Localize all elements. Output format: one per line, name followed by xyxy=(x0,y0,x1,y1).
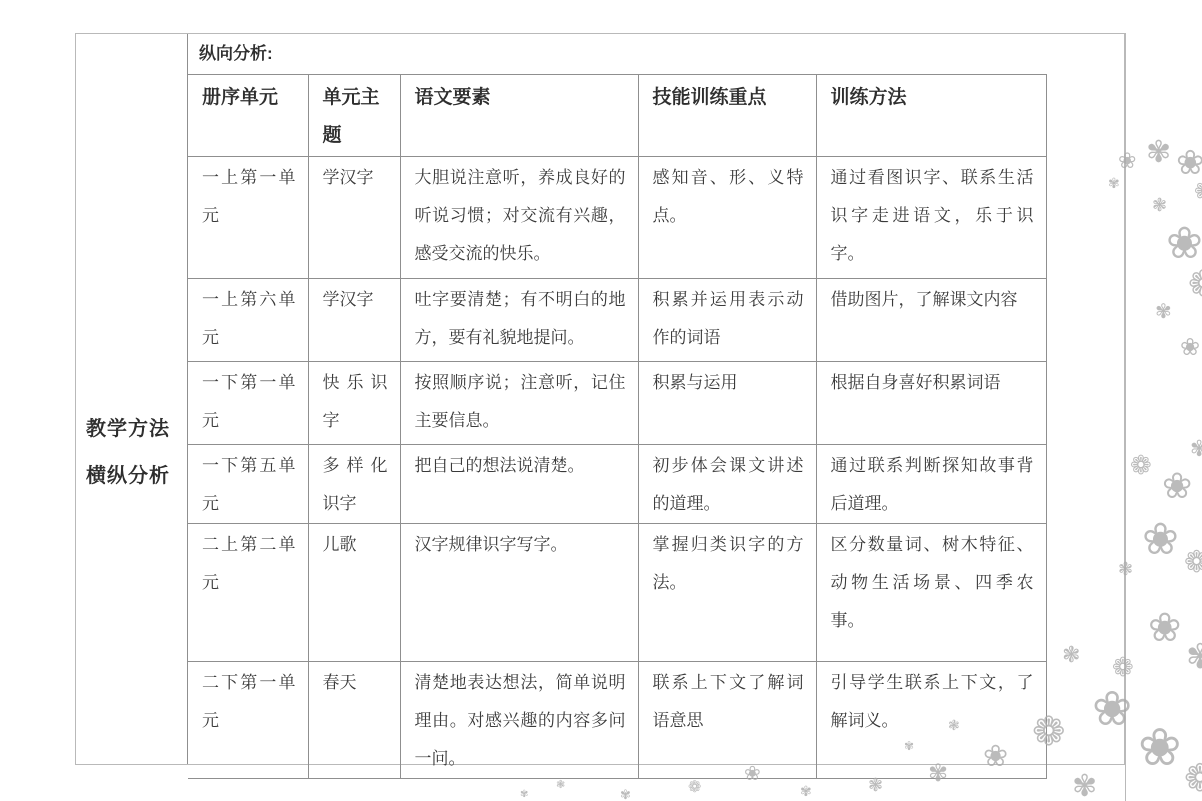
table-cell: 多样化识字 xyxy=(308,445,400,524)
flower-icon: ✾ xyxy=(1186,640,1202,674)
table-row: 一上第六单元 学汉字 吐字要清楚；有不明白的地方，要有礼貌地提问。 积累并运用表… xyxy=(188,279,1046,362)
table-cell: 借助图片，了解课文内容 xyxy=(816,279,1046,362)
table-cell: 按照顺序说；注意听，记住主要信息。 xyxy=(400,362,638,445)
column-header-training-method: 训练方法 xyxy=(816,75,1046,157)
flower-icon: ❁ xyxy=(1194,178,1202,204)
table-cell: 通过看图识字、联系生活识字走进语文，乐于识字。 xyxy=(816,157,1046,279)
row-header-line2: 横纵分析 xyxy=(86,453,187,500)
flower-icon: ❁ xyxy=(1184,548,1202,578)
table-cell: 二下第一单元 xyxy=(188,662,308,779)
flower-icon: ❀ xyxy=(1162,468,1192,504)
flower-icon: ✾ xyxy=(1072,772,1097,801)
table-cell: 积累并运用表示动作的词语 xyxy=(638,279,816,362)
flower-icon: ❀ xyxy=(1138,722,1182,774)
flower-icon: ❀ xyxy=(1142,518,1179,562)
table-cell: 汉字规律识字写字。 xyxy=(400,524,638,662)
table-cell: 快乐识字 xyxy=(308,362,400,445)
table-row: 二上第二单元 儿歌 汉字规律识字写字。 掌握归类识字的方法。 区分数量词、树木特… xyxy=(188,524,1046,662)
table-cell: 吐字要清楚；有不明白的地方，要有礼貌地提问。 xyxy=(400,279,638,362)
flower-icon: ✾ xyxy=(1155,302,1172,322)
analysis-table: 册序单元 单元主题 语文要素 技能训练重点 训练方法 一上第一单元 学汉字 大胆… xyxy=(188,74,1047,779)
flower-icon: ✾ xyxy=(520,790,528,800)
column-header-volume-unit: 册序单元 xyxy=(188,75,308,157)
table-cell: 一下第一单元 xyxy=(188,362,308,445)
table-cell: 一上第一单元 xyxy=(188,157,308,279)
table-cell: 区分数量词、树木特征、动物生活场景、四季农事。 xyxy=(816,524,1046,662)
table-row: 一上第一单元 学汉字 大胆说注意听，养成良好的听说习惯；对交流有兴趣，感受交流的… xyxy=(188,157,1046,279)
page-right-border xyxy=(1125,33,1126,801)
flower-icon: ❀ xyxy=(1176,146,1202,180)
table-row: 一下第五单元 多样化识字 把自己的想法说清楚。 初步体会课文讲述的道理。 通过联… xyxy=(188,445,1046,524)
table-cell: 感知音、形、义特点。 xyxy=(638,157,816,279)
flower-icon: ❁ xyxy=(1188,266,1202,302)
flower-icon: ✾ xyxy=(1146,138,1171,168)
table-cell: 学汉字 xyxy=(308,279,400,362)
flower-icon: ❁ xyxy=(1184,760,1202,798)
table-cell: 儿歌 xyxy=(308,524,400,662)
table-cell: 学汉字 xyxy=(308,157,400,279)
flower-icon: ❃ xyxy=(1152,196,1167,214)
row-header-line1: 教学方法 xyxy=(86,406,187,453)
table-cell: 积累与运用 xyxy=(638,362,816,445)
table-cell: 大胆说注意听，养成良好的听说习惯；对交流有兴趣，感受交流的快乐。 xyxy=(400,157,638,279)
flower-icon: ✾ xyxy=(620,788,631,801)
table-cell: 春天 xyxy=(308,662,400,779)
column-header-unit-theme: 单元主题 xyxy=(308,75,400,157)
table-cell: 掌握归类识字的方法。 xyxy=(638,524,816,662)
flower-icon: ❀ xyxy=(1180,336,1200,360)
table-cell: 二上第二单元 xyxy=(188,524,308,662)
table-cell: 清楚地表达想法，简单说明理由。对感兴趣的内容多问一问。 xyxy=(400,662,638,779)
table-cell: 初步体会课文讲述的道理。 xyxy=(638,445,816,524)
column-header-language-elements: 语文要素 xyxy=(400,75,638,157)
flower-icon: ❀ xyxy=(1148,608,1182,648)
outer-table-frame: 教学方法 横纵分析 纵向分析: 册序单元 单元主题 语文要素 技能训练重点 训练… xyxy=(75,33,1125,765)
flower-icon: ❁ xyxy=(688,780,701,796)
table-row: 二下第一单元 春天 清楚地表达想法，简单说明理由。对感兴趣的内容多问一问。 联系… xyxy=(188,662,1046,779)
flower-icon: ❀ xyxy=(1166,222,1202,266)
flower-icon: ❃ xyxy=(556,780,565,791)
table-cell: 把自己的想法说清楚。 xyxy=(400,445,638,524)
table-cell: 一下第五单元 xyxy=(188,445,308,524)
content-cell: 纵向分析: 册序单元 单元主题 语文要素 技能训练重点 训练方法 一上第一单元 … xyxy=(188,34,1124,764)
table-cell: 一上第六单元 xyxy=(188,279,308,362)
header-row: 册序单元 单元主题 语文要素 技能训练重点 训练方法 xyxy=(188,75,1046,157)
column-header-skill-focus: 技能训练重点 xyxy=(638,75,816,157)
table-cell: 根据自身喜好积累词语 xyxy=(816,362,1046,445)
row-header-cell: 教学方法 横纵分析 xyxy=(76,34,188,764)
flower-icon: ✾ xyxy=(1190,438,1202,460)
table-cell: 引导学生联系上下文，了解词义。 xyxy=(816,662,1046,779)
table-cell: 通过联系判断探知故事背后道理。 xyxy=(816,445,1046,524)
table-row: 一下第一单元 快乐识字 按照顺序说；注意听，记住主要信息。 积累与运用 根据自身… xyxy=(188,362,1046,445)
section-label: 纵向分析: xyxy=(188,34,1124,74)
flower-icon: ❁ xyxy=(1130,452,1152,478)
flower-icon: ✾ xyxy=(800,784,812,798)
table-cell: 联系上下文了解词语意思 xyxy=(638,662,816,779)
